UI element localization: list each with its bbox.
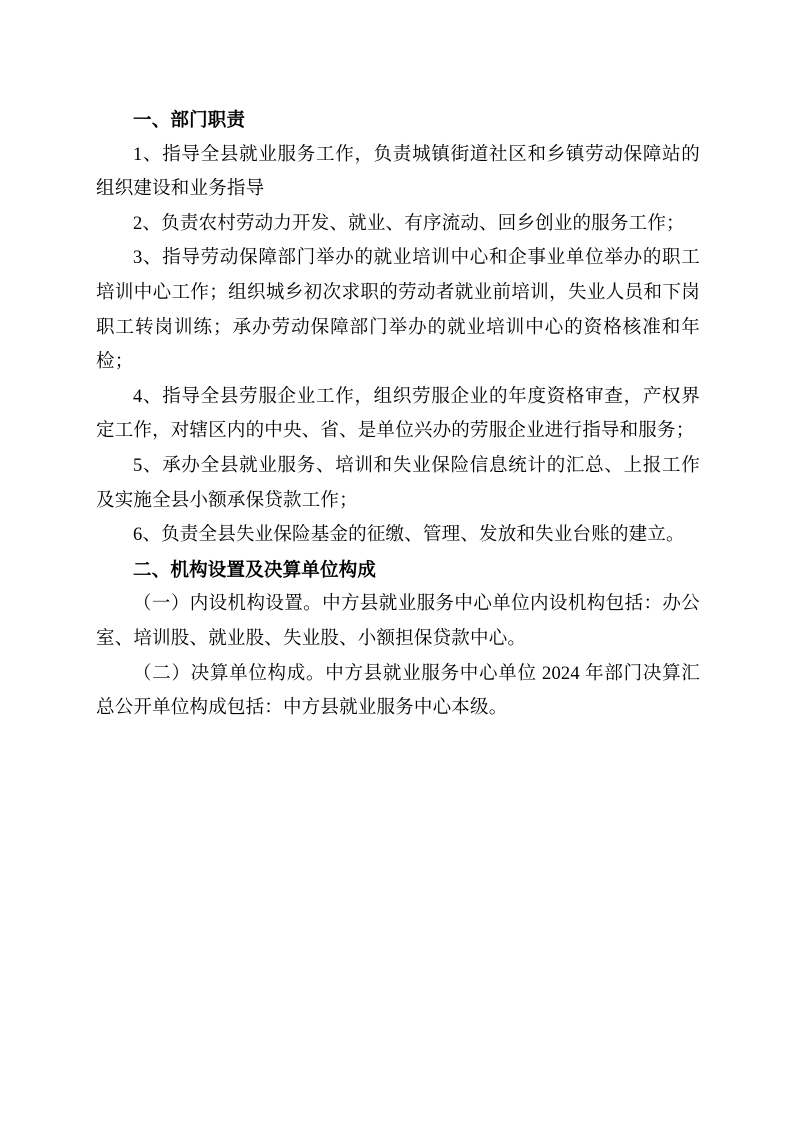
body-paragraph: （一）内设机构设置。中方县就业服务中心单位内设机构包括：办公室、培训股、就业股、… <box>96 587 700 656</box>
document-page: 一、部门职责1、指导全县就业服务工作，负责城镇街道社区和乡镇劳动保障站的组织建设… <box>0 0 793 1122</box>
document-content: 一、部门职责1、指导全县就业服务工作，负责城镇街道社区和乡镇劳动保障站的组织建设… <box>96 103 700 726</box>
body-paragraph: 5、承办全县就业服务、培训和失业保险信息统计的汇总、上报工作及实施全县小额承保贷… <box>96 449 700 518</box>
section-heading: 一、部门职责 <box>96 103 700 138</box>
body-paragraph: （二）决算单位构成。中方县就业服务中心单位 2024 年部门决算汇总公开单位构成… <box>96 657 700 726</box>
body-paragraph: 6、负责全县失业保险基金的征缴、管理、发放和失业台账的建立。 <box>96 518 700 553</box>
body-paragraph: 1、指导全县就业服务工作，负责城镇街道社区和乡镇劳动保障站的组织建设和业务指导 <box>96 138 700 207</box>
body-paragraph: 4、指导全县劳服企业工作，组织劳服企业的年度资格审查，产权界定工作，对辖区内的中… <box>96 380 700 449</box>
section-heading: 二、机构设置及决算单位构成 <box>96 553 700 588</box>
body-paragraph: 3、指导劳动保障部门举办的就业培训中心和企事业单位举办的职工培训中心工作；组织城… <box>96 241 700 379</box>
body-paragraph: 2、负责农村劳动力开发、就业、有序流动、回乡创业的服务工作； <box>96 207 700 242</box>
